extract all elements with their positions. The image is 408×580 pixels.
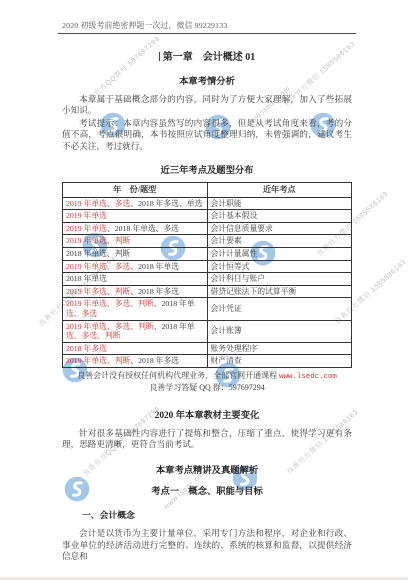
section-title-exam-analysis: 本章考情分析 xyxy=(62,73,352,87)
header-note: 2020 初级考前绝密押题一次过，微信 99229133 xyxy=(62,20,352,31)
exam-years-cell: 2018 年单选、判断 xyxy=(63,248,208,261)
topic-cell: 会计信息质量要求 xyxy=(207,222,352,235)
exam-years-cell: 2018 年多选 xyxy=(63,342,208,355)
notice-block: 良善会计没有授权任何机构代理业务，全部官网开通课程 www.lsedc.com … xyxy=(62,371,352,394)
table-row: 2019 年单选、多选、判断、2018 年单选、多选会计凭证 xyxy=(63,298,352,320)
exam-type-text: 、2018 年多选 xyxy=(130,287,179,296)
exam-years-cell: 2019 年单选 xyxy=(63,210,208,223)
table-row: 2019 年单选、判断会计要素 xyxy=(63,235,352,248)
table-header-row: 年 份/题型 近年考点 xyxy=(63,183,352,198)
table-row: 2019 年单选、2018 年单选、多选会计信息质量要求 xyxy=(63,222,352,235)
document-page: 良善官方QQ群号 597697294良善官方微信 1585586163www.l… xyxy=(0,0,408,580)
revision-mark-icon xyxy=(159,52,160,61)
concept-heading: 一、会计概念 xyxy=(62,508,352,521)
table-title: 近三年考点及题型分布 xyxy=(62,162,352,176)
chapter-title: 第一章 会计概述 01 xyxy=(62,48,352,63)
table-row: 2018 年多选账务处理程序 xyxy=(63,342,352,355)
exam-type-highlight: 2019 年单选、多选 xyxy=(66,199,130,208)
paragraph-intro: 本章属于基础概念部分的内容，同时为了方便大家理解，加入了些拓展小知识。 xyxy=(62,94,352,117)
exam-type-text: 2018 年单选 xyxy=(66,274,107,283)
exam-type-highlight: 2019 年单选、多选、判断 xyxy=(66,322,154,331)
exam-years-cell: 2019 年单选、2018 年单选、多选 xyxy=(63,222,208,235)
exam-type-text: 、2018 年单选、多选 xyxy=(107,224,179,233)
topic-cell: 会计科目与账户 xyxy=(207,273,352,286)
topic-cell: 借贷记账法下的试算平衡 xyxy=(207,285,352,298)
website-link[interactable]: www.lsedc.com xyxy=(279,373,337,381)
exam-years-cell: 2019 年单选、多选、判断、2018 年单选、多选、判断 xyxy=(63,320,208,342)
notice-line1-text: 良善会计没有授权任何机构代理业务，全部官网开通课程 xyxy=(77,371,279,380)
topic-cell: 会计要素 xyxy=(207,235,352,248)
exam-type-text: 、2018 年单 xyxy=(154,299,195,308)
table-row: 2018 年单选、判断会计计量属性 xyxy=(63,248,352,261)
table-row: 2019 年单选会计基本假设 xyxy=(63,210,352,223)
paragraph-exam-tip: 考试提示：本章内容虽然写的内容很多，但是从考试角度来看，考的分值不高，考点很明确… xyxy=(62,118,352,152)
table-row: 2019 年单选、多选、2018 年多选、单选会计职能 xyxy=(63,197,352,210)
exam-years-cell: 2019 年单选、多选、判断、2018 年单选、多选 xyxy=(63,298,208,320)
paragraph-changes: 针对很多基础性内容进行了提炼和整合，压缩了重点，使得学习更有条理，思路更清晰，更… xyxy=(62,428,352,451)
exam-type-highlight: 选、多选 xyxy=(66,309,97,318)
exam-type-highlight: 2019 年单选、多选 xyxy=(66,262,130,271)
header-rule xyxy=(58,33,356,34)
topic-cell: 会计计量属性 xyxy=(207,248,352,261)
col-header-recent-topics: 近年考点 xyxy=(207,183,352,198)
table-row: 2018 年单选会计科目与账户 xyxy=(63,273,352,286)
exam-years-cell: 2019 年多选、判断、2018 年多选 xyxy=(63,285,208,298)
exam-years-cell: 2019 年单选、判断 xyxy=(63,235,208,248)
exam-years-cell: 2018 年单选 xyxy=(63,273,208,286)
topic-cell: 会计凭证 xyxy=(207,298,352,320)
exam-type-text: 、2018 年单选 xyxy=(130,262,179,271)
exam-type-text: 、2018 年多选、单选 xyxy=(130,199,202,208)
exam-years-cell: 2019 年单选、多选、2018 年多选、单选 xyxy=(63,197,208,210)
topic-cell: 账务处理程序 xyxy=(207,342,352,355)
section-title-changes: 2020 年本章教材主要变化 xyxy=(62,407,352,421)
exam-type-highlight: 2019 年单选 xyxy=(66,211,107,220)
paragraph-concept: 会计是以货币为主要计量单位，采用专门方法和程序，对企业和行政、事业单位的经济活动… xyxy=(62,528,352,562)
exam-years-cell: 2019 年单选、判断、2018 年多选 xyxy=(63,355,208,368)
topic-cell: 财产清查 xyxy=(207,355,352,368)
section-title-kaodian: 考点一 概念、职能与目标 xyxy=(62,483,352,497)
exam-distribution-table: 年 份/题型 近年考点 2019 年单选、多选、2018 年多选、单选会计职能2… xyxy=(62,182,352,368)
exam-type-highlight: 2018 年多选 xyxy=(66,344,107,353)
section-title-lecture: 本章考点精讲及真题解析 xyxy=(62,462,352,476)
topic-cell: 会计账簿 xyxy=(207,320,352,342)
notice-line2: 良善学习答疑 QQ 群：597697294 xyxy=(62,383,352,394)
table-row: 2019 年单选、判断、2018 年多选财产清查 xyxy=(63,355,352,368)
topic-cell: 会计职能 xyxy=(207,197,352,210)
notice-line1: 良善会计没有授权任何机构代理业务，全部官网开通课程 www.lsedc.com xyxy=(62,371,352,383)
topic-cell: 会计恒等式 xyxy=(207,260,352,273)
exam-type-highlight: 2019 年单选、判断 xyxy=(66,236,130,245)
exam-type-text: 、2018 年单 xyxy=(154,322,195,331)
topic-cell: 会计基本假设 xyxy=(207,210,352,223)
table-row: 2019 年单选、多选、2018 年单选会计恒等式 xyxy=(63,260,352,273)
exam-type-text: 2018 年单选、判断 xyxy=(66,249,130,258)
exam-type-highlight: 2019 年单选、多选、判断 xyxy=(66,299,154,308)
exam-type-highlight: 2019 年单选 xyxy=(66,224,107,233)
table-row: 2019 年多选、判断、2018 年多选借贷记账法下的试算平衡 xyxy=(63,285,352,298)
exam-type-highlight: 选、多选、判断 xyxy=(66,331,121,340)
exam-type-text: 、2018 年多选 xyxy=(130,356,179,365)
exam-years-cell: 2019 年单选、多选、2018 年单选 xyxy=(63,260,208,273)
page-content: 2020 初级考前绝密押题一次过，微信 99229133 第一章 会计概述 01… xyxy=(0,0,408,563)
table-row: 2019 年单选、多选、判断、2018 年单选、多选、判断会计账簿 xyxy=(63,320,352,342)
chapter-title-text: 第一章 会计概述 01 xyxy=(163,52,256,63)
col-header-year-type: 年 份/题型 xyxy=(63,183,208,198)
exam-type-highlight: 2019 年单选、判断 xyxy=(66,356,130,365)
exam-type-highlight: 2019 年多选、判断 xyxy=(66,287,130,296)
